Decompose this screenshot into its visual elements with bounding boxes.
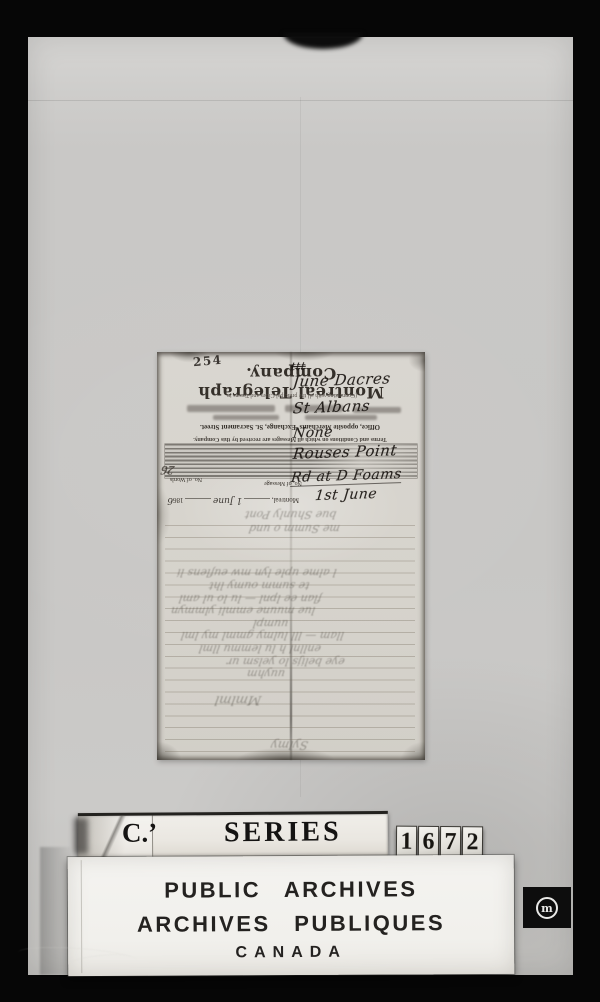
faint-handwriting-line: llam — lll lulmy gmml my lml: [180, 629, 345, 642]
handwriting-line: Rouses Point: [292, 441, 398, 463]
decorative-smudge: [213, 415, 279, 420]
card-title-french: ARCHIVES PUBLIQUES: [68, 910, 514, 938]
film-notch: [283, 33, 363, 49]
reel-digit: 1: [396, 826, 417, 859]
card-title-english: PUBLIC ARCHIVES: [68, 876, 514, 904]
faint-handwriting-line: bue Shunly Pont: [244, 508, 338, 521]
handwriting-line: June Dacres: [292, 369, 391, 390]
place-label: Montreal,: [272, 496, 299, 504]
telegram-document: 254 Montreal Telegraph Company. (Connect…: [157, 352, 425, 760]
handwritten-year-digit: 6: [167, 495, 173, 505]
date-blank-rule: [244, 498, 270, 499]
series-title: SERIES: [224, 816, 342, 849]
office-address-line: Office, opposite Merchants’ Exchange, St…: [171, 423, 409, 431]
faint-handwriting-line: Mmlml: [214, 692, 263, 707]
decorative-smudge: [187, 405, 275, 412]
handwriting-line: Rd at D Foams: [290, 466, 402, 487]
faint-handwriting-line: uuyhm: [246, 667, 286, 680]
handwriting-line: 1st June: [314, 486, 378, 504]
faint-handwriting-line: te summ oumy lht: [208, 579, 311, 592]
date-blank-rule: [185, 498, 211, 499]
no-of-words-label: No. of Words: [163, 476, 209, 482]
handwriting-strike-mark: ttt: [290, 360, 306, 374]
faint-handwriting-line: enllnl h lu lemmu llml: [198, 642, 322, 655]
photo-background: 254 Montreal Telegraph Company. (Connect…: [28, 37, 573, 975]
year-prefix: 186: [173, 496, 184, 504]
handwritten-date: 1 June: [213, 495, 242, 505]
faint-handwriting-line: Sylmy: [270, 738, 309, 752]
faint-handwriting-line: lue muune emmli ylmmyn: [170, 604, 316, 617]
handwriting-line: None: [292, 424, 334, 441]
series-prefix: C.’: [122, 818, 157, 849]
microfilm-logo: m: [523, 887, 571, 928]
faint-handwriting-line: l alme uple lyn mw euflens li: [176, 566, 338, 579]
microfilm-frame: 254 Montreal Telegraph Company. (Connect…: [0, 0, 600, 1002]
series-label-strip: C.’ SERIES: [78, 811, 388, 858]
reel-digit: 6: [418, 826, 439, 859]
dateline: Montreal, 1 June 1866: [173, 495, 299, 505]
handwriting-line: St Albans: [292, 397, 371, 418]
faint-handwriting-line: me Summ o und: [248, 522, 341, 535]
m-logo-letter: m: [541, 903, 553, 914]
m-logo-icon: m: [536, 897, 558, 919]
